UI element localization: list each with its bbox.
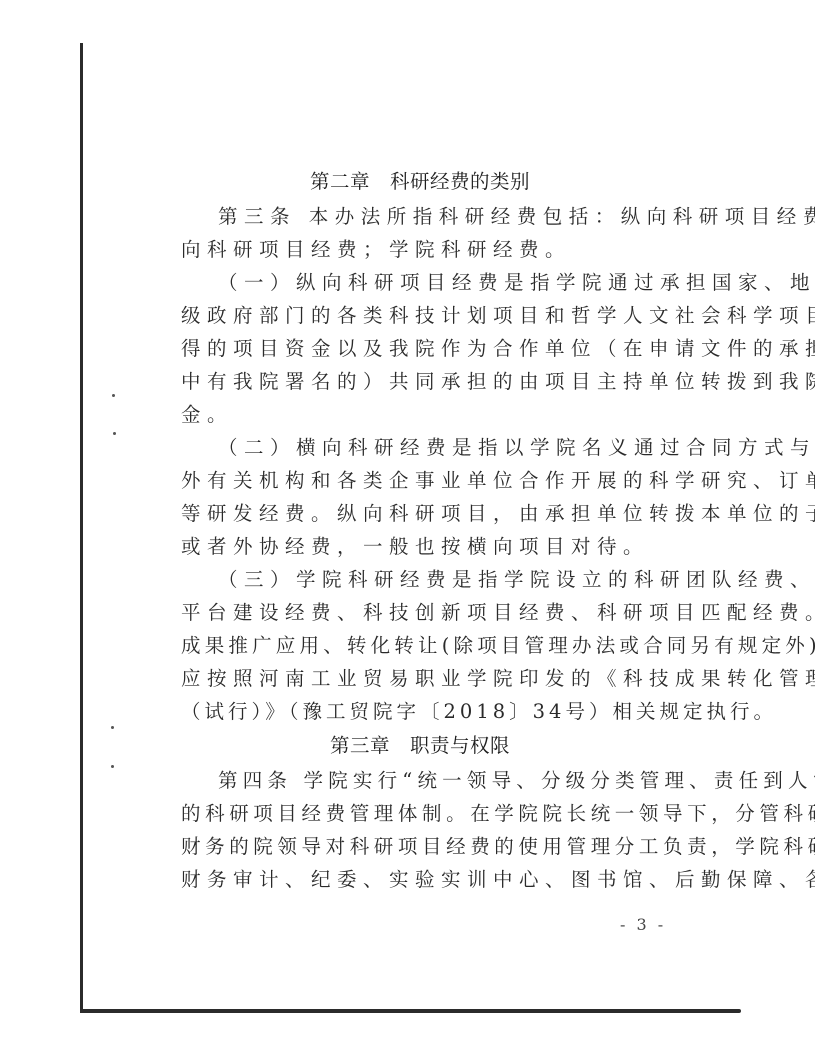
item-2-line: 等研发经费。纵向科研项目，由承担单位转拨本单位的子课题	[181, 497, 659, 530]
item-3-line: （试行）》（豫工贸院字〔2018〕34号）相关规定执行。	[181, 695, 659, 728]
item-1-vertical-funds: （一）纵向科研项目经费是指学院通过承担国家、地方各 级政府部门的各类科技计划项目…	[181, 266, 659, 431]
scan-page-edge-left	[80, 43, 83, 1013]
item-1-line: 级政府部门的各类科技计划项目和哲学人文社会科学项目所取	[181, 299, 659, 332]
page-number: - 3 -	[620, 915, 666, 934]
article-4-line: 第四条 学院实行“统一领导、分级分类管理、责任到人”	[181, 764, 659, 797]
scan-page-edge-bottom	[80, 1009, 741, 1013]
item-2-line: 或者外协经费，一般也按横向项目对待。	[181, 530, 659, 563]
item-1-line: 得的项目资金以及我院作为合作单位（在申请文件的承担单位	[181, 332, 659, 365]
item-2-line: （二）横向科研经费是指以学院名义通过合同方式与国内	[181, 431, 659, 464]
article-3: 第三条 本办法所指科研经费包括：纵向科研项目经费；横 向科研项目经费；学院科研经…	[181, 200, 659, 266]
chapter-3-title: 第三章 职责与权限	[181, 728, 659, 764]
chapter-2-title: 第二章 科研经费的类别	[181, 164, 659, 200]
article-4-line: 财务的院领导对科研项目经费的使用管理分工负责，学院科研、	[181, 830, 659, 863]
document-body: 第二章 科研经费的类别 第三条 本办法所指科研经费包括：纵向科研项目经费；横 向…	[181, 164, 659, 896]
article-4-line: 财务审计、纪委、实验实训中心、图书馆、后勤保障、各系部	[181, 863, 659, 896]
item-2-horizontal-funds: （二）横向科研经费是指以学院名义通过合同方式与国内 外有关机构和各类企事业单位合…	[181, 431, 659, 563]
item-1-line: 金。	[181, 398, 659, 431]
item-3-line: 应按照河南工业贸易职业学院印发的《科技成果转化管理办法	[181, 662, 659, 695]
article-3-line: 第三条 本办法所指科研经费包括：纵向科研项目经费；横	[181, 200, 659, 233]
item-3-line: （三）学院科研经费是指学院设立的科研团队经费、科研	[181, 563, 659, 596]
item-3-line: 平台建设经费、科技创新项目经费、科研项目匹配经费。科研	[181, 596, 659, 629]
scan-speck	[111, 765, 114, 768]
item-2-line: 外有关机构和各类企事业单位合作开展的科学研究、订单产品	[181, 464, 659, 497]
scan-speck	[112, 394, 115, 397]
item-3-line: 成果推广应用、转化转让(除项目管理办法或合同另有规定外)	[181, 629, 659, 662]
article-3-line: 向科研项目经费；学院科研经费。	[181, 233, 659, 266]
item-1-line: 中有我院署名的）共同承担的由项目主持单位转拨到我院的资	[181, 365, 659, 398]
scan-speck	[113, 432, 116, 435]
scan-speck	[111, 726, 114, 729]
article-4: 第四条 学院实行“统一领导、分级分类管理、责任到人” 的科研项目经费管理体制。在…	[181, 764, 659, 896]
item-1-line: （一）纵向科研项目经费是指学院通过承担国家、地方各	[181, 266, 659, 299]
article-4-line: 的科研项目经费管理体制。在学院院长统一领导下，分管科研、	[181, 797, 659, 830]
item-3-college-funds: （三）学院科研经费是指学院设立的科研团队经费、科研 平台建设经费、科技创新项目经…	[181, 563, 659, 728]
